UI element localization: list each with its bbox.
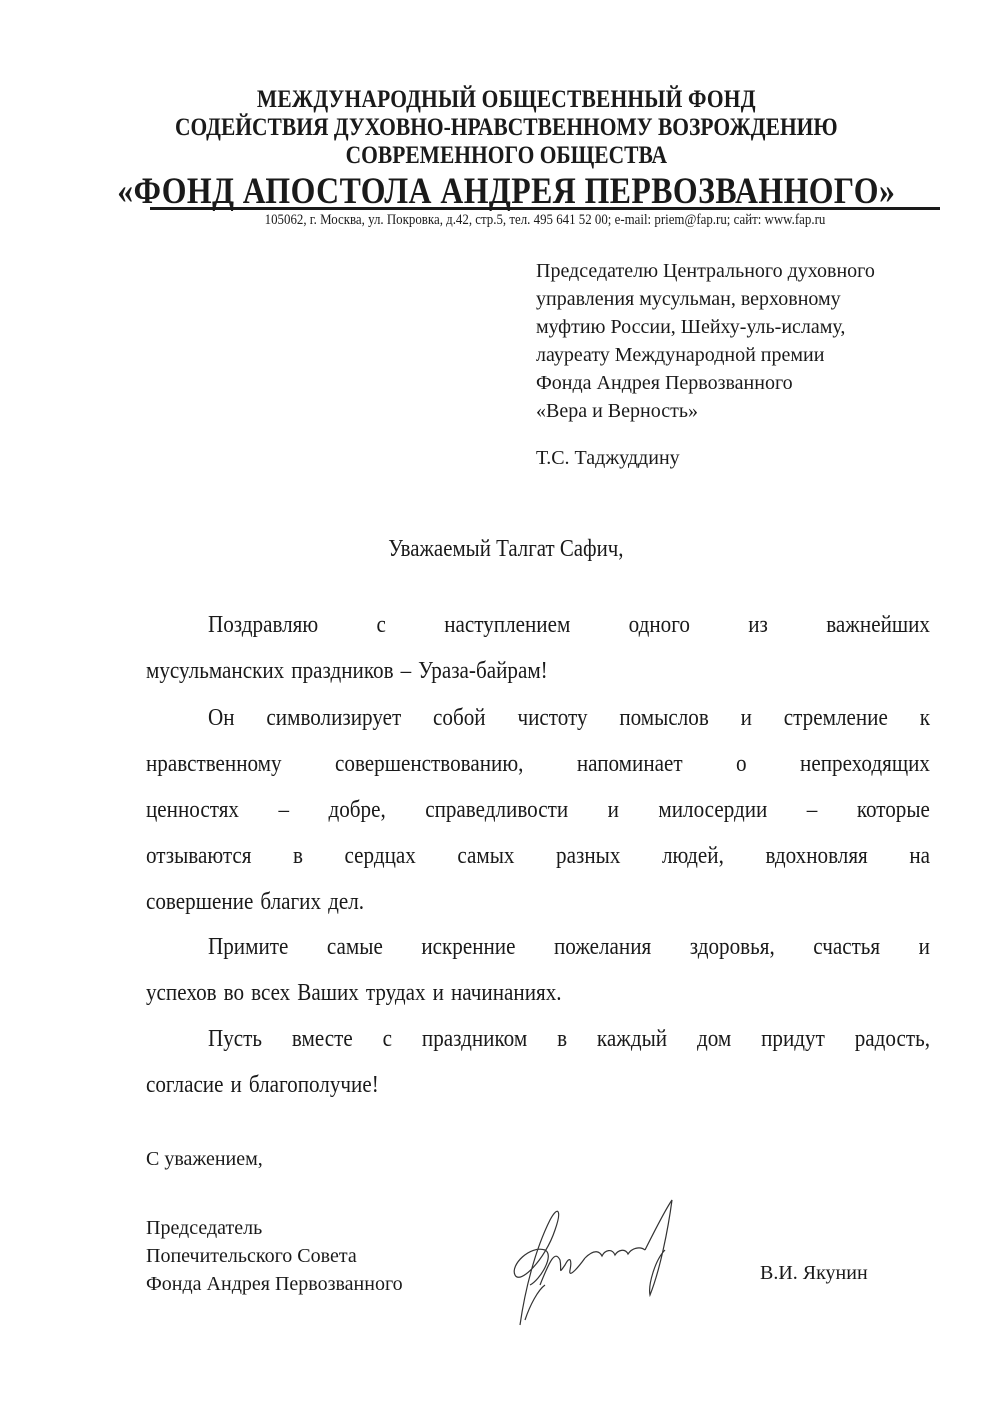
body-line: Поздравляюснаступлениемодногоизважнейших [208,612,930,639]
signatory-title-line: Председатель [146,1214,403,1242]
word: дом [697,1026,731,1053]
word: в [557,1026,567,1053]
letterhead-line-2: СОДЕЙСТВИЯ ДУХОВНО-НРАВСТВЕННОМУ ВОЗРОЖД… [76,114,936,142]
body-line: Онсимволизируетсобойчистотупомысловистре… [208,705,930,732]
word: помыслов [619,705,708,732]
word: с [377,612,386,639]
word: мусульманских [146,658,284,685]
word: благополучие! [249,1072,379,1099]
recipient-line: «Вера и Верность» [536,397,875,425]
signatory-title-line: Попечительского Совета [146,1242,403,1270]
closing: С уважением, [146,1148,263,1171]
word: ценностях [146,797,239,824]
recipient-block: Председателю Центрального духовного упра… [536,257,875,425]
word: согласие [146,1072,223,1099]
word: наступлением [444,612,570,639]
letterhead-line-1: МЕЖДУНАРОДНЫЙ ОБЩЕСТВЕННЫЙ ФОНД [76,86,936,114]
word: и [741,705,752,732]
word: пожелания [554,934,651,961]
letterhead-divider [150,207,940,210]
word: самых [457,843,514,870]
word: важнейших [826,612,930,639]
word: добре, [328,797,385,824]
word: напоминает [577,751,683,778]
word: и [433,980,444,1007]
body-line: нравственномусовершенствованию,напоминае… [146,751,930,778]
word: собой [433,705,486,732]
recipient-line: Председателю Центрального духовного [536,257,875,285]
recipient-line: Фонда Андрея Первозванного [536,369,875,397]
body-line: совершениеблагихдел. [146,889,930,916]
word: всех [251,980,290,1007]
word: счастья [813,934,880,961]
word: справедливости [425,797,568,824]
word: милосердии [658,797,767,824]
body-line: мусульманскихпраздников–Ураза-байрам! [146,658,930,685]
word: людей, [662,843,724,870]
signatory-title: Председатель Попечительского Совета Фонд… [146,1214,403,1298]
word: которые [857,797,930,824]
word: – [401,658,412,685]
body-line: согласиеиблагополучие! [146,1072,930,1099]
word: каждый [597,1026,667,1053]
word: символизирует [266,705,401,732]
word: Поздравляю [208,612,318,639]
signatory-title-line: Фонда Андрея Первозванного [146,1270,403,1298]
body-line: Примитесамыеискренниепожеланияздоровья,с… [208,934,930,961]
word: на [909,843,930,870]
recipient-name: Т.С. Таджуддину [536,447,680,470]
word: во [224,980,244,1007]
word: нравственному [146,751,282,778]
word: радость, [855,1026,930,1053]
word: Он [208,705,235,732]
word: праздников [291,658,393,685]
word: в [293,843,303,870]
word: Примите [208,934,288,961]
word: и [608,797,619,824]
word: с [383,1026,392,1053]
word: отзываются [146,843,251,870]
word: о [736,751,747,778]
word: чистоту [517,705,587,732]
word: одного [629,612,690,639]
recipient-line: управления мусульман, верховному [536,285,875,313]
body-line: ценностях–добре,справедливостиимилосерди… [146,797,930,824]
greeting: Уважаемый Талгат Сафич, [71,536,941,563]
word: разных [556,843,620,870]
word: самые [327,934,383,961]
word: Ваших [297,980,359,1007]
word: непреходящих [800,751,930,778]
body-line: успеховвовсехВашихтрудахиначинаниях. [146,980,930,1007]
handwritten-signature [500,1190,700,1330]
word: искренние [421,934,515,961]
word: – [278,797,289,824]
signatory-name: В.И. Якунин [760,1262,868,1285]
recipient-line: лауреату Международной премии [536,341,875,369]
word: совершение [146,889,253,916]
word: придут [761,1026,825,1053]
word: вместе [292,1026,353,1053]
letterhead-line-3: СОВРЕМЕННОГО ОБЩЕСТВА [76,142,936,170]
word: начинаниях. [451,980,562,1007]
word: дел. [328,889,364,916]
word: к [920,705,930,732]
word: и [919,934,930,961]
word: праздником [422,1026,527,1053]
word: благих [260,889,321,916]
word: успехов [146,980,217,1007]
word: из [748,612,768,639]
word: Ураза-байрам! [418,658,548,685]
word: Пусть [208,1026,262,1053]
word: сердцах [345,843,416,870]
word: стремление [784,705,888,732]
word: совершенствованию, [335,751,523,778]
word: трудах [366,980,426,1007]
word: и [231,1072,242,1099]
word: вдохновляя [765,843,867,870]
word: здоровья, [690,934,775,961]
body-line: Пустьвместеспраздникомвкаждыйдомпридутра… [208,1026,930,1053]
letterhead-address: 105062, г. Москва, ул. Покровка, д.42, с… [76,212,1000,229]
body-line: отзываютсявсердцахсамыхразныхлюдей,вдохн… [146,843,930,870]
recipient-line: муфтию России, Шейху-уль-исламу, [536,313,875,341]
word: – [807,797,818,824]
